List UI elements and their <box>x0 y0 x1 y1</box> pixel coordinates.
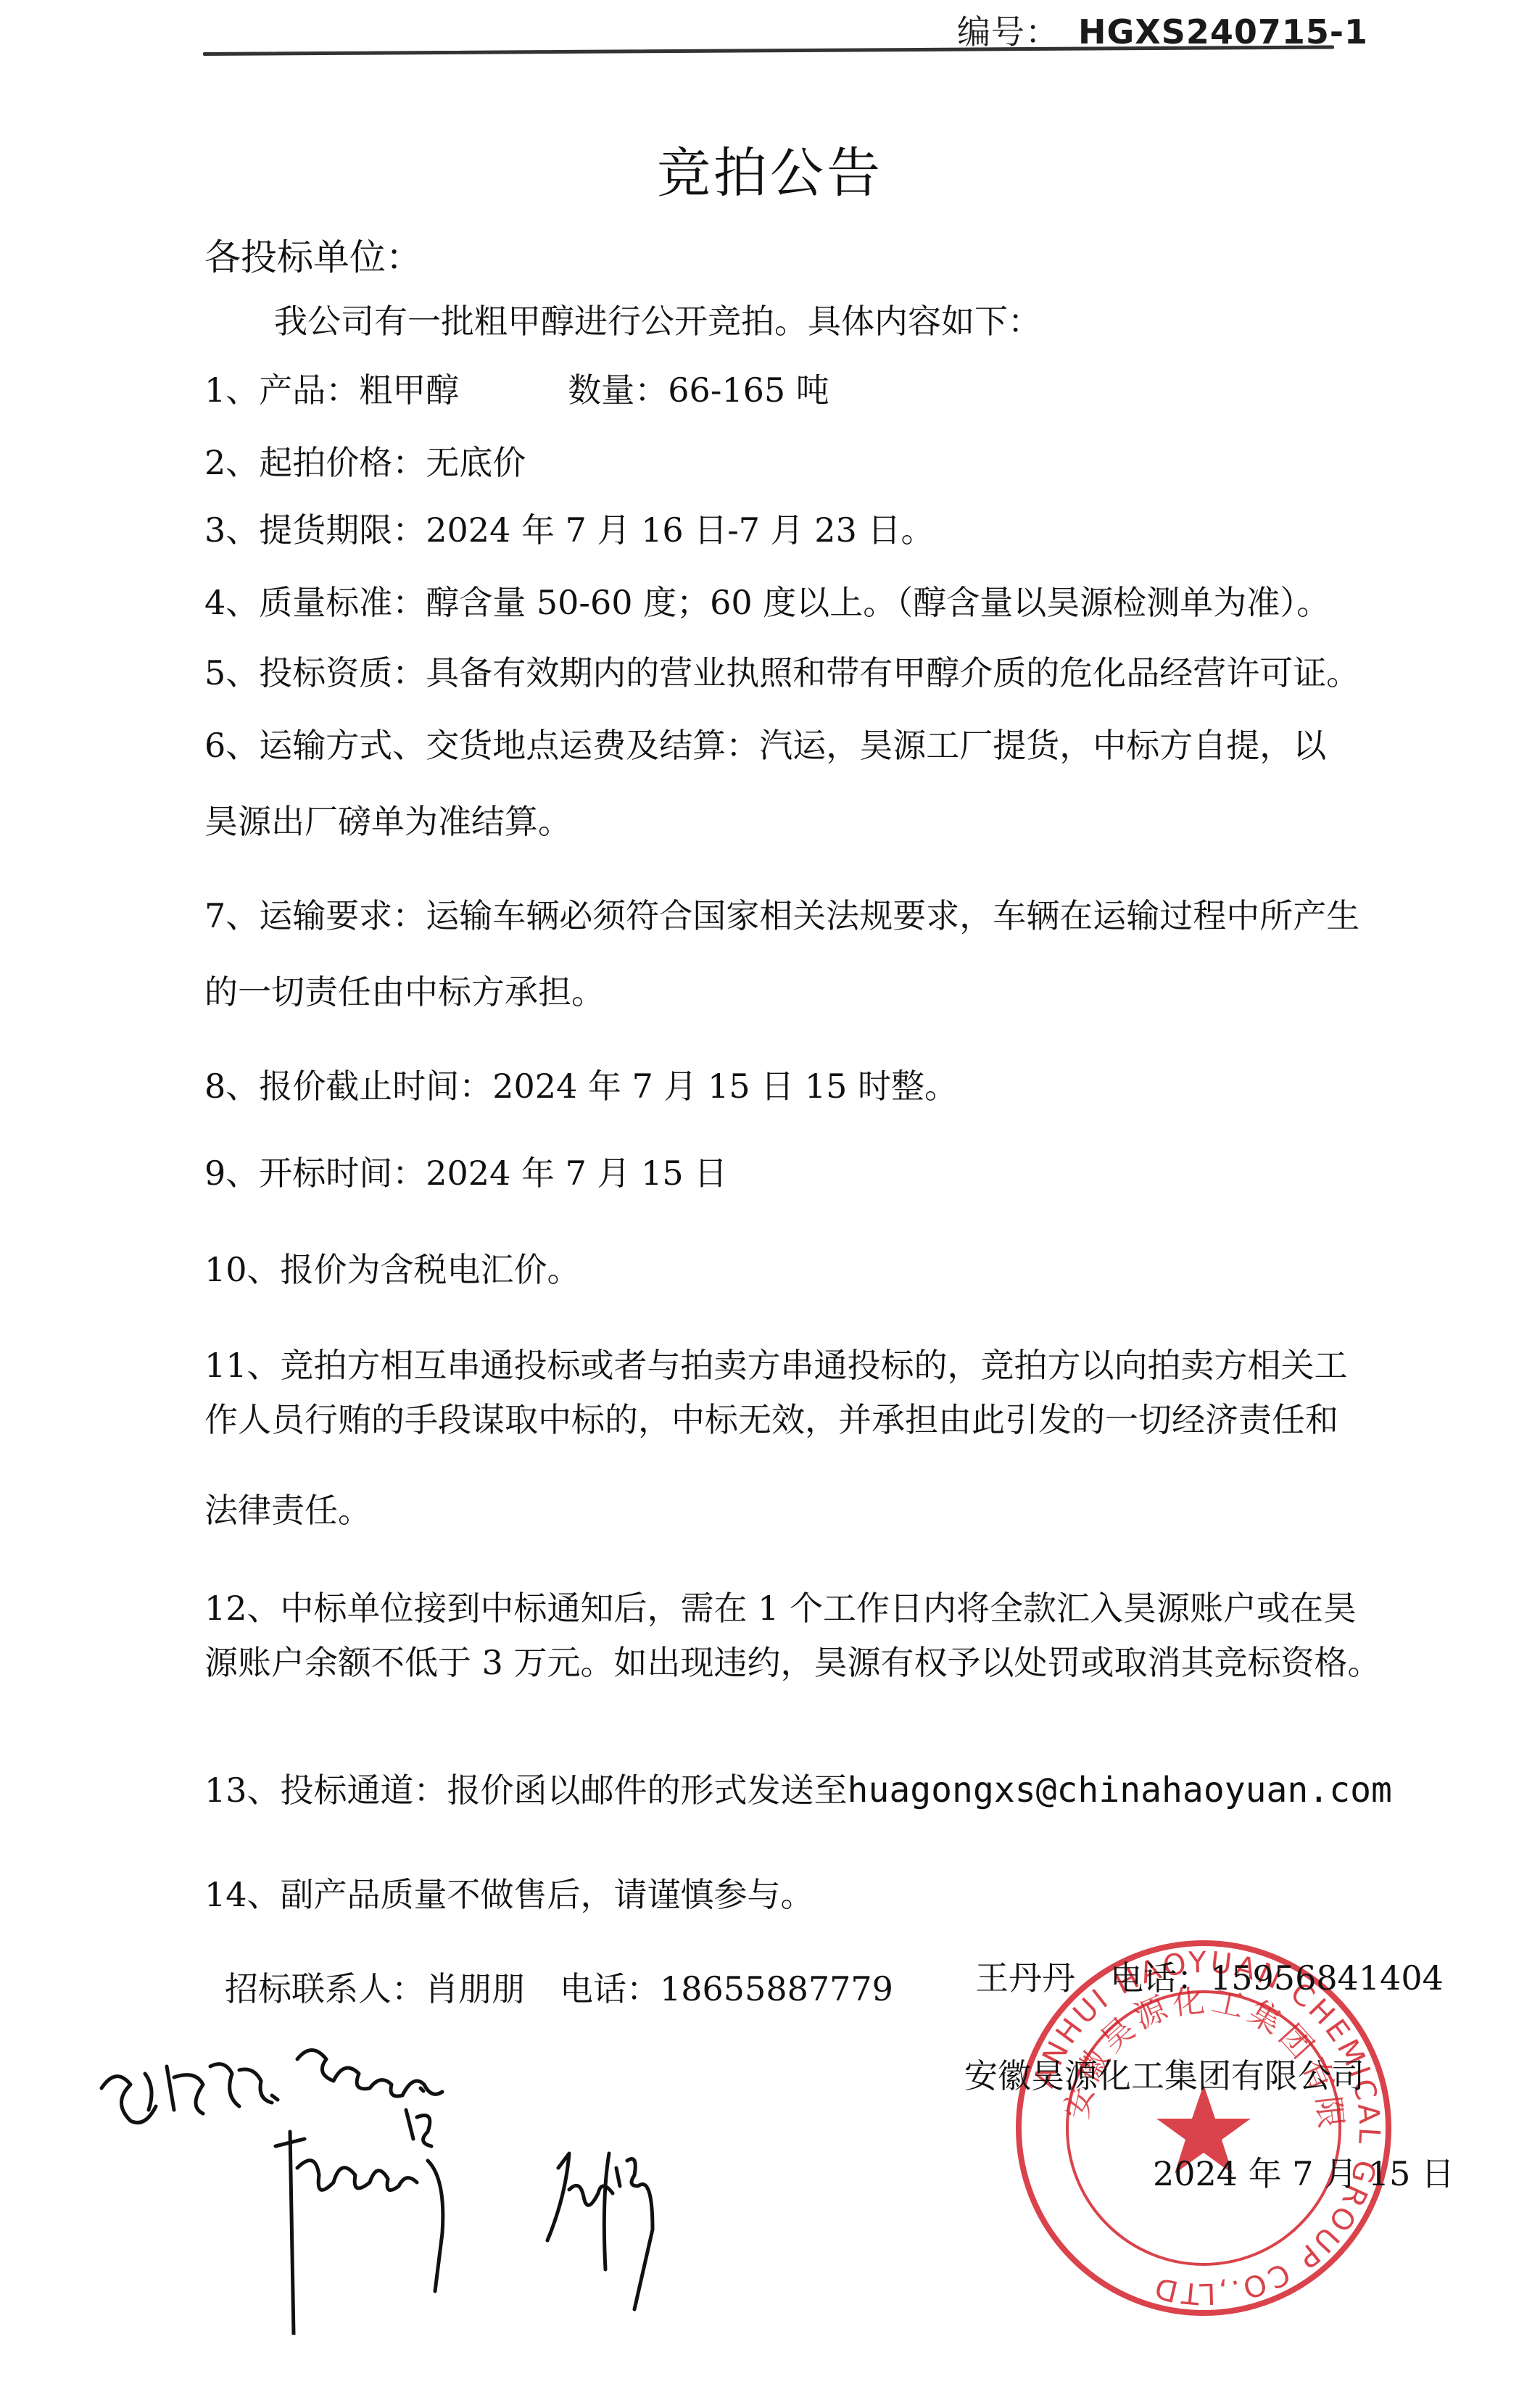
page-title: 竞拍公告 <box>0 131 1540 207</box>
signature-date: 2024 年 7 月 15 日 <box>1153 2157 1454 2190</box>
contact-2: 王丹丹电话：15956841404 <box>975 1961 1444 1995</box>
item-13: 13、投标通道：报价函以邮件的形式发送至huagongxs@chinahaoyu… <box>204 1773 1392 1808</box>
bid-email-link[interactable]: huagongxs@chinahaoyuan.com <box>848 1770 1392 1810</box>
document-number-label: 编号： <box>957 12 1059 51</box>
item-1-quantity: 数量：66-165 吨 <box>568 371 829 410</box>
item-6: 6、运输方式、交货地点运费及结算：汽运，昊源工厂提货，中标方自提，以 <box>204 729 1326 762</box>
handwritten-signature-icon <box>87 2045 921 2335</box>
item-11-cont: 作人员行贿的手段谋取中标的，中标无效，并承担由此引发的一切经济责任和 <box>204 1403 1338 1436</box>
item-5: 5、投标资质：具备有效期内的营业执照和带有甲醇介质的危化品经营许可证。 <box>204 656 1359 690</box>
item-4: 4、质量标准：醇含量 50-60 度；60 度以上。（醇含量以昊源检测单为准）。 <box>204 586 1330 619</box>
item-9: 9、开标时间：2024 年 7 月 15 日 <box>204 1156 727 1190</box>
contact-1-name: 招标联系人：肖朋朋 <box>225 1969 525 2008</box>
item-1: 1、产品：粗甲醇数量：66-165 吨 <box>204 373 829 407</box>
contact-1: 招标联系人：肖朋朋电话：18655887779 <box>225 1972 893 2006</box>
item-10: 10、报价为含税电汇价。 <box>204 1253 581 1286</box>
item-1-text: 1、产品：粗甲醇 <box>204 371 459 410</box>
contact-1-phone: 电话：18655887779 <box>560 1969 893 2008</box>
item-12-cont: 源账户余额不低于 3 万元。如出现违约，昊源有权予以处罚或取消其竞标资格。 <box>204 1646 1381 1679</box>
intro-paragraph: 我公司有一批粗甲醇进行公开竞拍。具体内容如下： <box>274 305 1041 338</box>
salutation: 各投标单位： <box>204 239 422 276</box>
contact-2-phone: 电话：15956841404 <box>1110 1958 1444 1998</box>
item-6-cont: 昊源出厂磅单为准结算。 <box>204 805 571 838</box>
item-2: 2、起拍价格：无底价 <box>204 446 526 479</box>
item-13-text: 13、投标通道：报价函以邮件的形式发送至 <box>204 1771 848 1810</box>
item-11: 11、竞拍方相互串通投标或者与拍卖方串通投标的，竞拍方以向拍卖方相关工 <box>204 1349 1348 1382</box>
item-14: 14、副产品质量不做售后，请谨慎参与。 <box>204 1878 814 1911</box>
item-12: 12、中标单位接到中标通知后，需在 1 个工作日内将全款汇入昊源账户或在昊 <box>204 1592 1357 1625</box>
item-3: 3、提货期限：2024 年 7 月 16 日-7 月 23 日。 <box>204 513 934 547</box>
item-8: 8、报价截止时间：2024 年 7 月 15 日 15 时整。 <box>204 1069 958 1103</box>
company-name: 安徽昊源化工集团有限公司 <box>964 2059 1365 2093</box>
item-11-cont2: 法律责任。 <box>204 1494 371 1527</box>
item-7-cont: 的一切责任由中标方承担。 <box>204 975 605 1009</box>
item-7: 7、运输要求：运输车辆必须符合国家相关法规要求，车辆在运输过程中所产生 <box>204 899 1359 932</box>
contact-2-name: 王丹丹 <box>975 1958 1075 1998</box>
